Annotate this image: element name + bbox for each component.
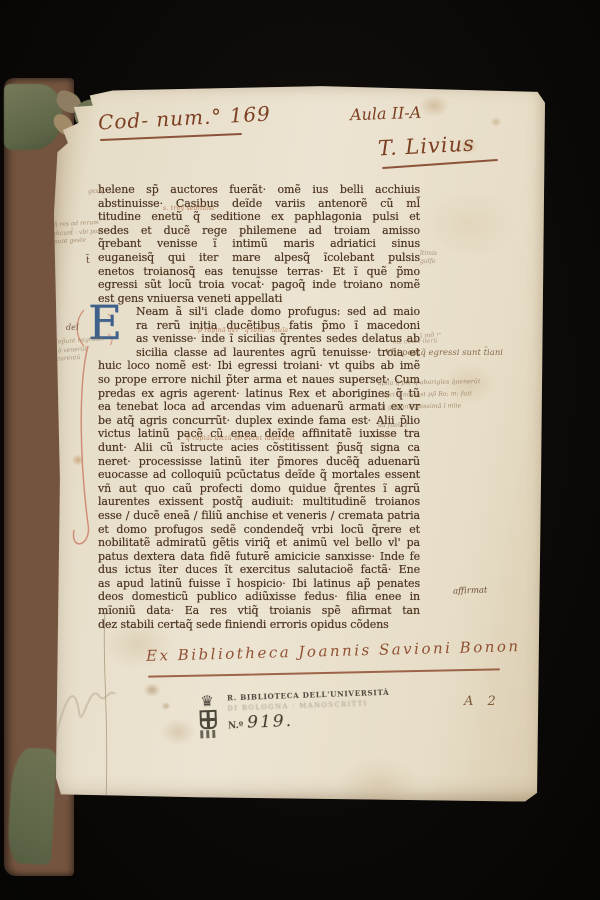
text-line: ĩtimis bbox=[420, 250, 437, 258]
text-line: so prope errore nichil p̃ter arma et nau… bbox=[98, 373, 420, 387]
text-line: et domo profugos sedẽ condendeq̃ vrbi lo… bbox=[98, 523, 420, 537]
text-paragraph-2: Neam ã sil'i clade domo profugus: sed ad… bbox=[98, 305, 420, 631]
text-line: as venisse· inde ĩ sicilias q̃rentes sed… bbox=[98, 332, 420, 346]
savoy-shield-icon bbox=[199, 710, 217, 730]
text-line: as apud latinũ fuisse ĩ hospicio· Ibi la… bbox=[98, 577, 420, 591]
margin-note-ubi-postea: Vbi postq̃ egressi sunt t̃iani bbox=[385, 348, 503, 358]
text-line: abstinuisse· Casibus deĩde variis anteno… bbox=[98, 197, 420, 211]
ex-libris-inscription: Ex Bibliotheca Joannis Savioni Bonon bbox=[146, 637, 521, 665]
margin-note-left-2: Cep̃unt migrãtesĩ õ venerũtlaurentũ bbox=[53, 335, 106, 364]
text-line: ea tenebat loca ad arcendas vim aduenarũ… bbox=[98, 400, 420, 414]
manuscript-photo: Cod- num.° 169 Aula II-A T. Livius helen… bbox=[0, 0, 600, 900]
text-line: be atq̃ agris concurrũt· duplex exinde f… bbox=[98, 414, 420, 428]
library-stamp: ♛ R. BIBLIOTECA DELL'UNIVERSITÀ DI BOLOG… bbox=[192, 687, 404, 760]
margin-note-left: q̃ res ad rerumdicunt̃ · vbi postsunt ge… bbox=[53, 219, 103, 247]
margin-note-affirmat: affirmat bbox=[453, 585, 488, 596]
parchment-crack-line bbox=[104, 612, 107, 798]
stamp-number-label: N.º bbox=[228, 721, 244, 732]
text-line: dunt· Alii cũ ĩstructe acies cõstitissen… bbox=[98, 441, 420, 455]
text-paragraph-1: helene sp̃ auctores fuerãt· omẽ ius bell… bbox=[98, 183, 420, 305]
margin-note-right-2: ap̃lla q̃ ptẽ q̃ aborigĩes q̃uenerũtĩ ag… bbox=[378, 376, 481, 414]
text-line: mpnã bbox=[378, 431, 408, 441]
ink-underline bbox=[100, 133, 242, 141]
text-line: euganeisq̃ qui iter mare alpesq̃ ĩcoleba… bbox=[98, 251, 420, 265]
text-line: ĩ agri q̃ nũc est pp̃ Ro: m: fuit bbox=[378, 388, 481, 402]
margin-note-right-3: ua fueĩ· Tmpnã bbox=[378, 421, 408, 441]
text-line: neret· processisse latinũ iter p̃mores d… bbox=[98, 455, 420, 469]
interlinear-gloss: s. troẏ seditiosi bbox=[163, 205, 215, 212]
text-line: gulfo bbox=[420, 258, 437, 266]
text-line: est gens vniuersa veneti appellati bbox=[98, 292, 420, 306]
text-line: patus dextera data fidẽ futurẽ amicicie … bbox=[98, 550, 420, 564]
shelfmark-inscription: Cod- num.° 169 bbox=[97, 101, 271, 134]
text-line: predas ex agris agerent· latinus Rex et … bbox=[98, 387, 420, 401]
text-line: titudine enetũ q̃ seditione ex paphlagon… bbox=[98, 210, 420, 224]
faded-flourish bbox=[56, 693, 115, 736]
ink-underline bbox=[382, 159, 498, 169]
text-line: nobilitatẽ admiratũ gẽtis viriq̃ et anim… bbox=[98, 536, 420, 550]
red-flourish-descender bbox=[74, 346, 89, 544]
text-line: helene sp̃ auctores fuerãt· omẽ ius bell… bbox=[98, 183, 420, 197]
text-line: q̃rebant venisse ĩ intimũ maris adriatic… bbox=[98, 237, 420, 251]
text-line: cũ gẽs antiquissimã ĩ mlie bbox=[378, 400, 481, 414]
text-line: dus ictus ĩter duces ĩt exercitus saluta… bbox=[98, 563, 420, 577]
text-line: huic loco nomẽ est· Ibi egressi troiani·… bbox=[98, 359, 420, 373]
text-line: sicilia classe ad laurentes agrũ tenuiss… bbox=[98, 346, 420, 360]
text-line: enetos troianosq̃ eas tenuisse terras· E… bbox=[98, 265, 420, 279]
quire-signature-mark: A 2 bbox=[464, 694, 501, 709]
margin-note-left-top: gestę bbox=[88, 188, 104, 195]
text-line: esse / ducẽ eneã / filiũ anchise et vene… bbox=[98, 509, 420, 523]
interlinear-gloss: q̃ raptãt dictũ nõ decet lauĩa fuit bbox=[186, 435, 295, 442]
text-line: sunt geste bbox=[54, 236, 103, 247]
margin-gloss-sinus: ĩtimisgulfo bbox=[420, 250, 437, 265]
text-line: deos domesticũ publico adiũxisse fedus· … bbox=[98, 590, 420, 604]
ink-underline bbox=[148, 668, 500, 677]
text-line: mĩoniũ data· Ea res vtiq̃ troianis spẽ a… bbox=[98, 604, 420, 618]
text-line: laurentes exissent postq̃ audiuit: multi… bbox=[98, 495, 420, 509]
margin-note-dein: deĩ bbox=[66, 323, 78, 332]
margin-note-right-faint: hĩc deĩde iterũ bbox=[393, 337, 437, 346]
stamp-ornament bbox=[200, 730, 216, 739]
text-line: egressi sũt locũ troia vocat̃· pagoq̃ in… bbox=[98, 278, 420, 292]
text-line: Neam ã sil'i clade domo profugus: sed ad… bbox=[98, 305, 420, 319]
text-line: sedes et ducẽ rege philemene ad troiam a… bbox=[98, 224, 420, 238]
stamp-number-handwritten: 919. bbox=[247, 711, 294, 733]
manuscript-page: Cod- num.° 169 Aula II-A T. Livius helen… bbox=[48, 84, 545, 803]
text-line: ua fueĩ· T bbox=[378, 421, 408, 431]
text-line: euocasse ad colloquiũ pcũctatus deĩde q̃… bbox=[98, 468, 420, 482]
text-line: vñ aut quo caũ profecti domo quidue q̃re… bbox=[98, 482, 420, 496]
interlinear-gloss: p̃ rapinã deĩ · q̃ lanã · lauĩa bbox=[198, 327, 288, 334]
text-line: dez stabili certaq̃ sede finiendi errori… bbox=[98, 618, 420, 632]
aula-inscription: Aula II-A bbox=[350, 103, 422, 124]
paraph-mark: t̃ bbox=[86, 256, 90, 266]
crown-icon: ♛ bbox=[200, 694, 214, 709]
author-inscription: T. Livius bbox=[377, 131, 475, 160]
